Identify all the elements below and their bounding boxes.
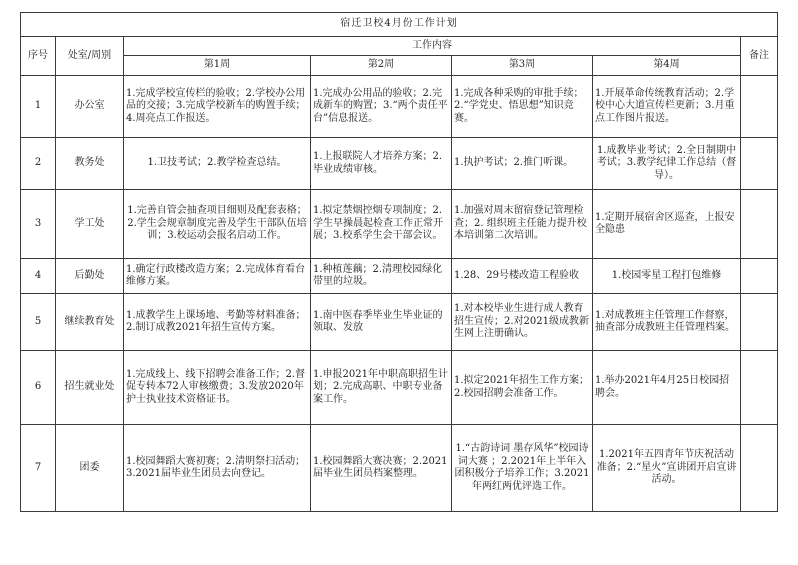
cell-week-1: 1.完成线上、线下招聘会准备工作；2.督促专转本72人审核缴费；3.发放2020… xyxy=(124,351,311,425)
row-seq: 6 xyxy=(21,351,56,425)
cell-week-4: 1.定期开展宿舍区巡查，上报安全隐患 xyxy=(593,190,741,259)
row-seq: 3 xyxy=(21,190,56,259)
cell-week-1: 1.完善自管会抽查项目细则及配套表格；2.学生会规章制度完善及学生干部队伍培训；… xyxy=(124,190,311,259)
cell-week-2: 1.上报联院人才培养方案；2.毕业成绩审核。 xyxy=(311,138,452,190)
cell-week-3: 1.拟定2021年招生工作方案；2.校园招聘会准备工作。 xyxy=(452,351,593,425)
cell-notes xyxy=(741,190,778,259)
row-seq: 5 xyxy=(21,294,56,351)
cell-week-1: 1.确定行政楼改造方案；2.完成体育看台维修方案。 xyxy=(124,259,311,294)
cell-week-4: 1.举办2021年4月25日校园招聘会。 xyxy=(593,351,741,425)
cell-week-3: 1.对本校毕业生进行成人教育招生宣传；2.对2021级成教新生网上注册确认。 xyxy=(452,294,593,351)
cell-week-2: 1.完成办公用品的验收；2.完成新车的购置；3.“两个责任平台”信息报送。 xyxy=(311,76,452,138)
cell-week-4: 1.对成教班主任管理工作督察，抽查部分成教班主任管理档案。 xyxy=(593,294,741,351)
row-dept: 继续教育处 xyxy=(56,294,124,351)
cell-week-4: 1.成教毕业考试；2.全日制期中考试；3.教学纪律工作总结（督导）。 xyxy=(593,138,741,190)
cell-week-3: 1.完成各种采购的审批手续；2.“学党史、悟思想”知识竞赛。 xyxy=(452,76,593,138)
header-week-2: 第2周 xyxy=(311,56,452,76)
header-week-4: 第4周 xyxy=(593,56,741,76)
cell-week-4: 1.2021年五四青年节庆祝活动准备；2.“星火”宣讲团开启宣讲活动。 xyxy=(593,425,741,512)
row-dept: 办公室 xyxy=(56,76,124,138)
cell-notes xyxy=(741,294,778,351)
sheet-title: 宿迁卫校4月份工作计划 xyxy=(21,13,778,37)
table-row: 5 继续教育处 1.成教学生上课场地、考勤等材料准备；2.制订成教2021年招生… xyxy=(21,294,778,351)
header-dept: 处室/周别 xyxy=(56,37,124,76)
cell-week-1: 1.卫技考试；2.教学检查总结。 xyxy=(124,138,311,190)
table-row: 4 后勤处 1.确定行政楼改造方案；2.完成体育看台维修方案。 1.种植莲藕；2… xyxy=(21,259,778,294)
table-row: 7 团委 1.校园舞蹈大赛初赛；2.清明祭扫活动；3.2021届毕业生团员去向登… xyxy=(21,425,778,512)
row-dept: 团委 xyxy=(56,425,124,512)
cell-week-1: 1.校园舞蹈大赛初赛；2.清明祭扫活动；3.2021届毕业生团员去向登记。 xyxy=(124,425,311,512)
row-dept: 教务处 xyxy=(56,138,124,190)
cell-week-2: 1.申报2021年中职高职招生计划；2.完成高职、中职专业备案工作。 xyxy=(311,351,452,425)
cell-week-4: 1.校园零星工程打包维修 xyxy=(593,259,741,294)
cell-week-1: 1.完成学校宣传栏的验收；2.学校办公用品的交接；3.完成学校新车的购置手续；4… xyxy=(124,76,311,138)
cell-notes xyxy=(741,425,778,512)
cell-week-4: 1.开展革命传统教育活动；2.学校中心大道宣传栏更新；3.月重点工作图片报送。 xyxy=(593,76,741,138)
cell-notes xyxy=(741,259,778,294)
cell-notes xyxy=(741,76,778,138)
cell-week-2: 1.南中医春季毕业生毕业证的领取、发放 xyxy=(311,294,452,351)
table-row: 1 办公室 1.完成学校宣传栏的验收；2.学校办公用品的交接；3.完成学校新车的… xyxy=(21,76,778,138)
cell-week-2: 1.拟定禁烟控烟专项制度；2.学生早操晨起检查工作正常开展；3.校系学生会干部会… xyxy=(311,190,452,259)
cell-notes xyxy=(741,138,778,190)
cell-notes xyxy=(741,351,778,425)
row-seq: 1 xyxy=(21,76,56,138)
cell-week-2: 1.校园舞蹈大赛决赛；2.2021届毕业生团员档案整理。 xyxy=(311,425,452,512)
cell-week-3: 1.28、29号楼改造工程验收 xyxy=(452,259,593,294)
row-dept: 后勤处 xyxy=(56,259,124,294)
table-row: 3 学工处 1.完善自管会抽查项目细则及配套表格；2.学生会规章制度完善及学生干… xyxy=(21,190,778,259)
header-week-1: 第1周 xyxy=(124,56,311,76)
row-seq: 2 xyxy=(21,138,56,190)
header-week-3: 第3周 xyxy=(452,56,593,76)
cell-week-3: 1.执护考试；2.推门听课。 xyxy=(452,138,593,190)
table-row: 2 教务处 1.卫技考试；2.教学检查总结。 1.上报联院人才培养方案；2.毕业… xyxy=(21,138,778,190)
header-seq: 序号 xyxy=(21,37,56,76)
cell-week-3: 1.加强对周末留宿登记管理检查；2. 组织班主任能力提升校本培训第二次培训。 xyxy=(452,190,593,259)
cell-week-2: 1.种植莲藕；2.清理校园绿化带里的垃圾。 xyxy=(311,259,452,294)
work-plan-table: 宿迁卫校4月份工作计划 序号 处室/周别 工作内容 备注 第1周 第2周 第3周… xyxy=(20,12,778,512)
header-notes: 备注 xyxy=(741,37,778,76)
row-seq: 7 xyxy=(21,425,56,512)
cell-week-1: 1.成教学生上课场地、考勤等材料准备；2.制订成教2021年招生宣传方案。 xyxy=(124,294,311,351)
header-work-content: 工作内容 xyxy=(124,37,741,56)
row-seq: 4 xyxy=(21,259,56,294)
table-row: 6 招生就业处 1.完成线上、线下招聘会准备工作；2.督促专转本72人审核缴费；… xyxy=(21,351,778,425)
row-dept: 学工处 xyxy=(56,190,124,259)
row-dept: 招生就业处 xyxy=(56,351,124,425)
cell-week-3: 1.“古韵诗词 墨存风华”校园诗词大赛 ；2.2021年上半年入团积极分子培养工… xyxy=(452,425,593,512)
